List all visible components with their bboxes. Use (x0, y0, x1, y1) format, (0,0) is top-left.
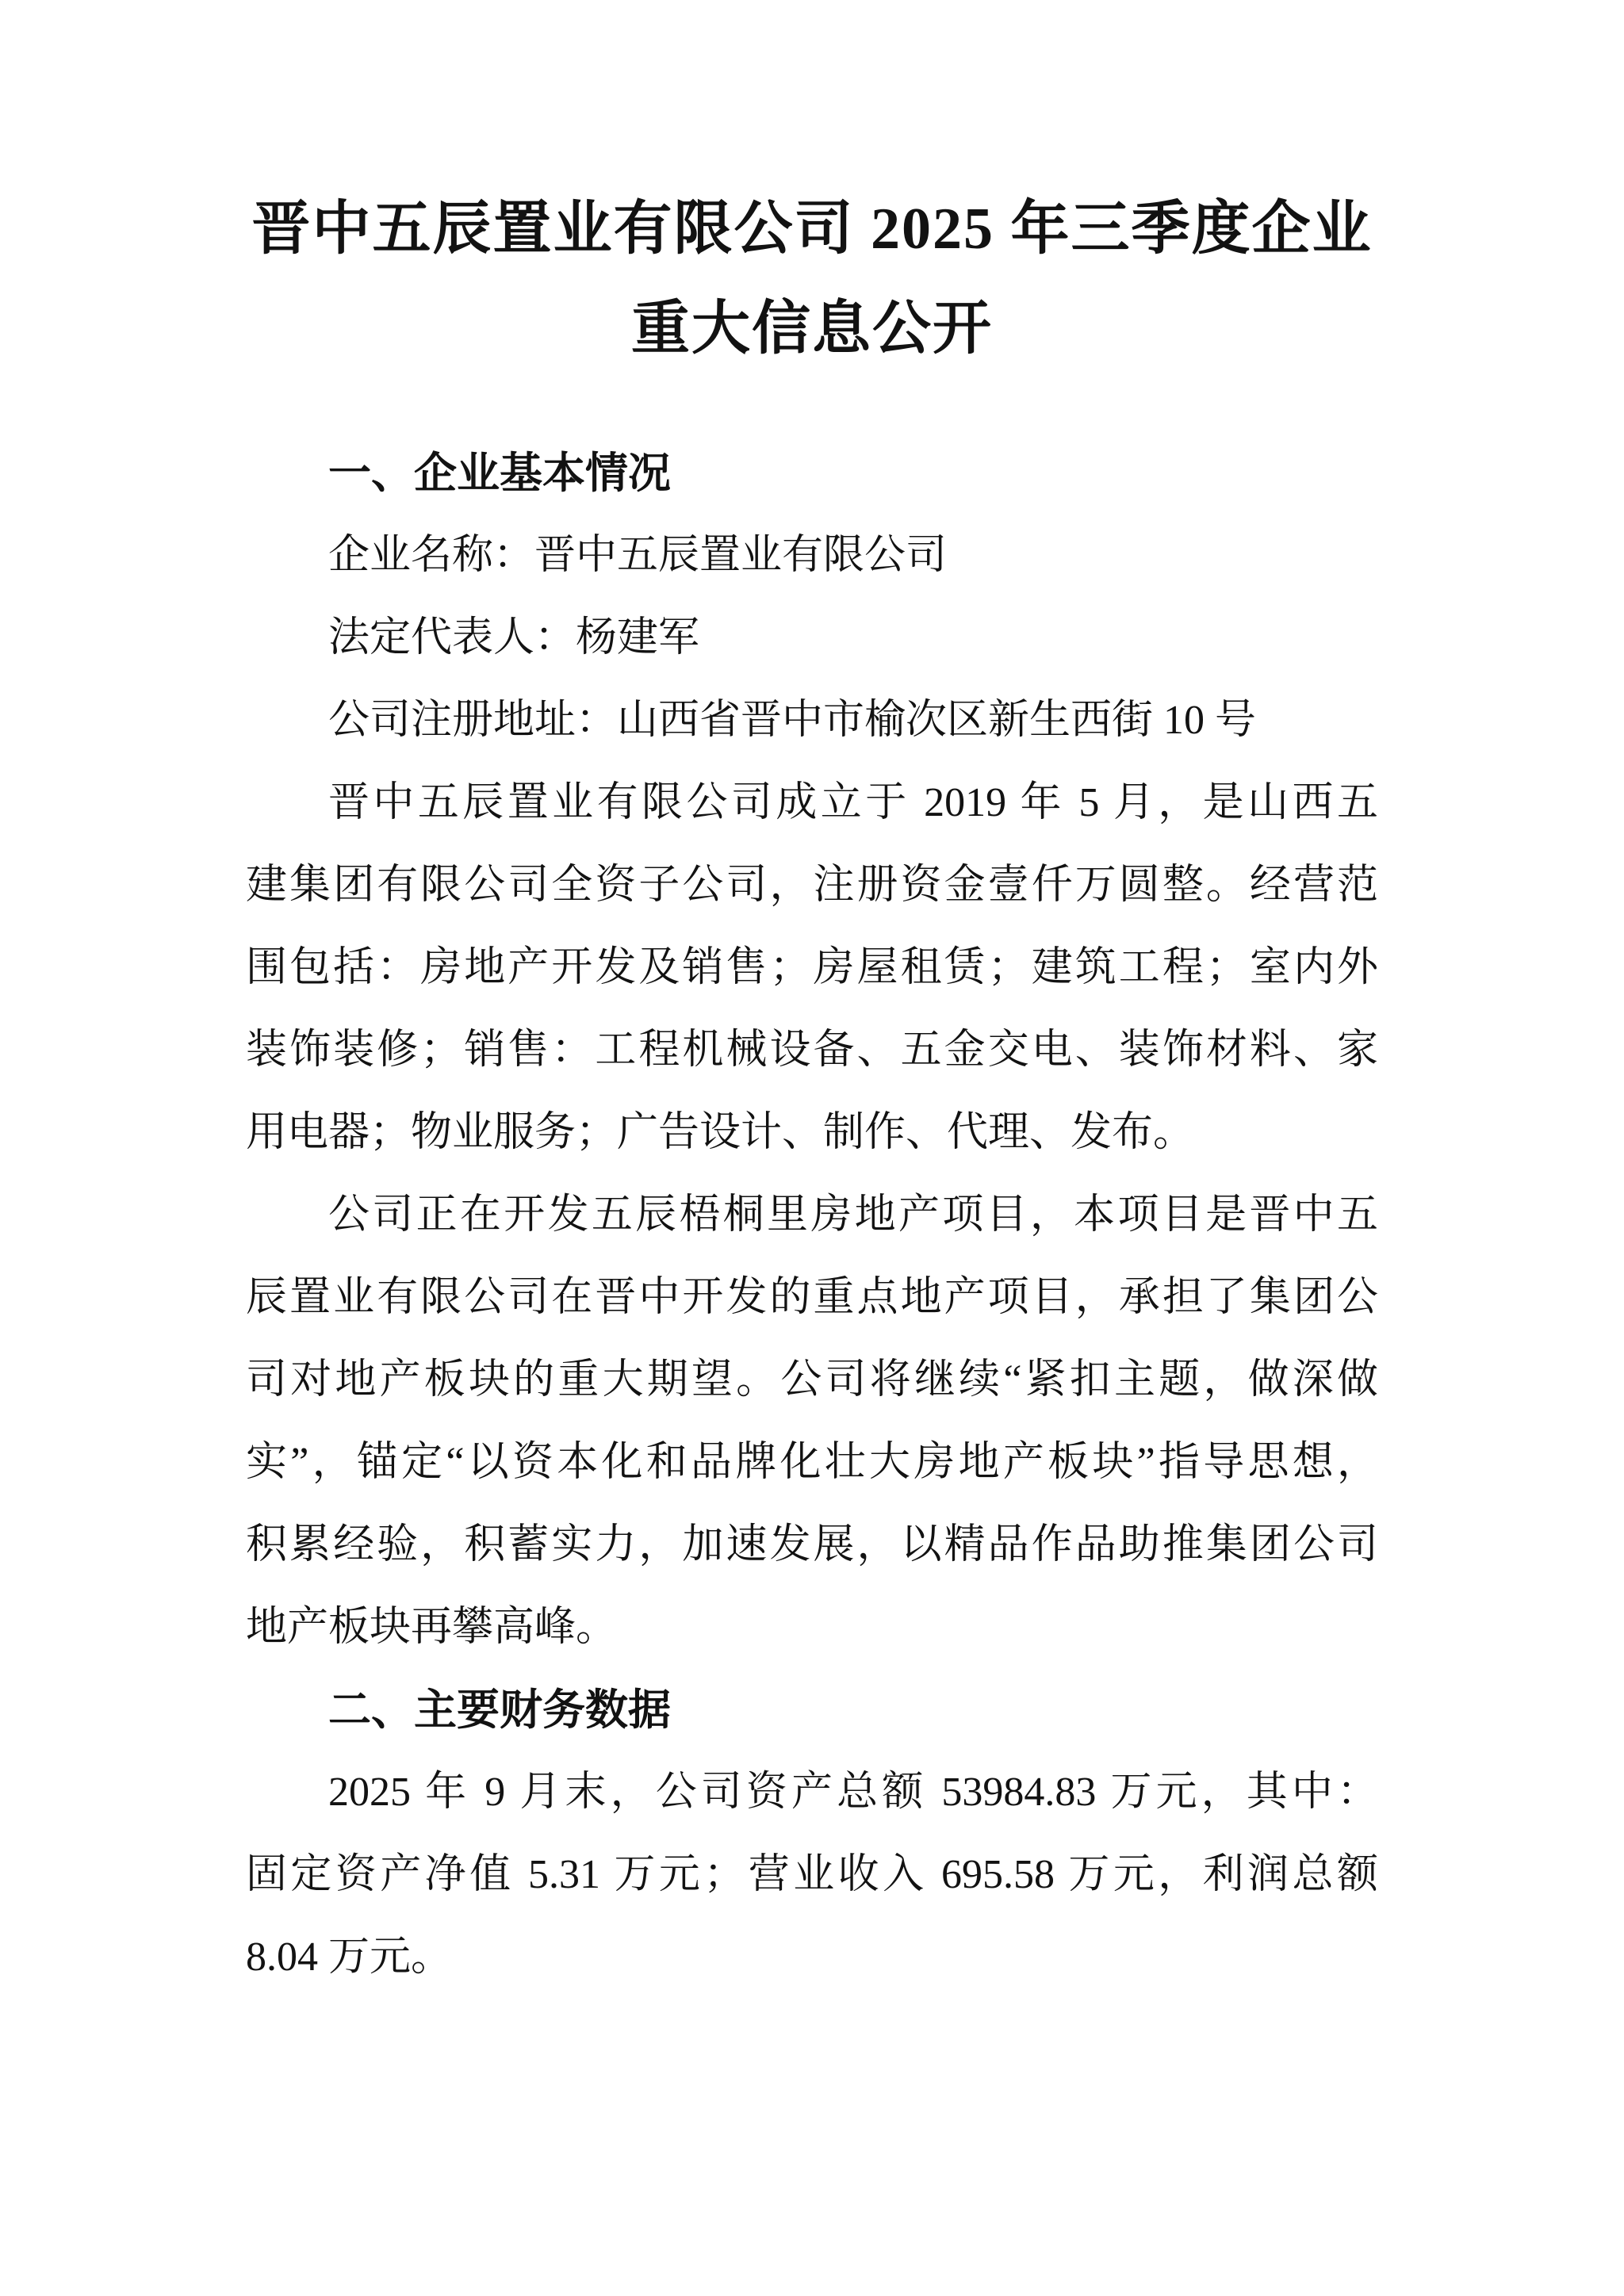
document-line: 围包括：房地产开发及销售；房屋租赁；建筑工程；室内外 (246, 927, 1378, 1009)
document-line: 装饰装修；销售：工程机械设备、五金交电、装饰材料、家 (246, 1009, 1378, 1092)
document-line: 建集团有限公司全资子公司，注册资金壹仟万圆整。经营范 (246, 844, 1378, 927)
document-line: 固定资产净值 5.31 万元；营业收入 695.58 万元，利润总额 (246, 1834, 1378, 1916)
document-line: 公司正在开发五辰梧桐里房地产项目，本项目是晋中五 (246, 1174, 1378, 1257)
document-line: 8.04 万元。 (246, 1916, 1378, 1999)
document-line: 用电器；物业服务；广告设计、制作、代理、发布。 (246, 1092, 1378, 1174)
document-line: 晋中五辰置业有限公司成立于 2019 年 5 月，是山西五 (246, 762, 1378, 844)
document-line: 公司注册地址：山西省晋中市榆次区新生西街 10 号 (246, 679, 1378, 762)
document-title: 晋中五辰置业有限公司 2025 年三季度企业 重大信息公开 (246, 179, 1378, 379)
document-line: 司对地产板块的重大期望。公司将继续“紧扣主题，做深做 (246, 1339, 1378, 1422)
document-line: 地产板块再攀高峰。 (246, 1586, 1378, 1669)
document-line: 法定代表人：杨建军 (246, 597, 1378, 679)
document-title-line-1: 晋中五辰置业有限公司 2025 年三季度企业 (252, 179, 1373, 279)
document-line: 辰置业有限公司在晋中开发的重点地产项目，承担了集团公 (246, 1257, 1378, 1339)
document-line: 企业名称：晋中五辰置业有限公司 (246, 515, 1378, 597)
document-line: 积累经验，积蓄实力，加速发展，以精品作品助推集团公司 (246, 1504, 1378, 1586)
document-page: 晋中五辰置业有限公司 2025 年三季度企业 重大信息公开 一、企业基本情况企业… (0, 0, 1624, 2296)
document-title-line-2: 重大信息公开 (631, 279, 993, 379)
document-line: 一、企业基本情况 (246, 432, 1378, 515)
document-body: 一、企业基本情况企业名称：晋中五辰置业有限公司法定代表人：杨建军公司注册地址：山… (246, 432, 1378, 1999)
document-line: 二、主要财务数据 (246, 1669, 1378, 1751)
document-line: 2025 年 9 月末，公司资产总额 53984.83 万元，其中： (246, 1751, 1378, 1834)
document-line: 实”，锚定“以资本化和品牌化壮大房地产板块”指导思想， (246, 1422, 1378, 1504)
